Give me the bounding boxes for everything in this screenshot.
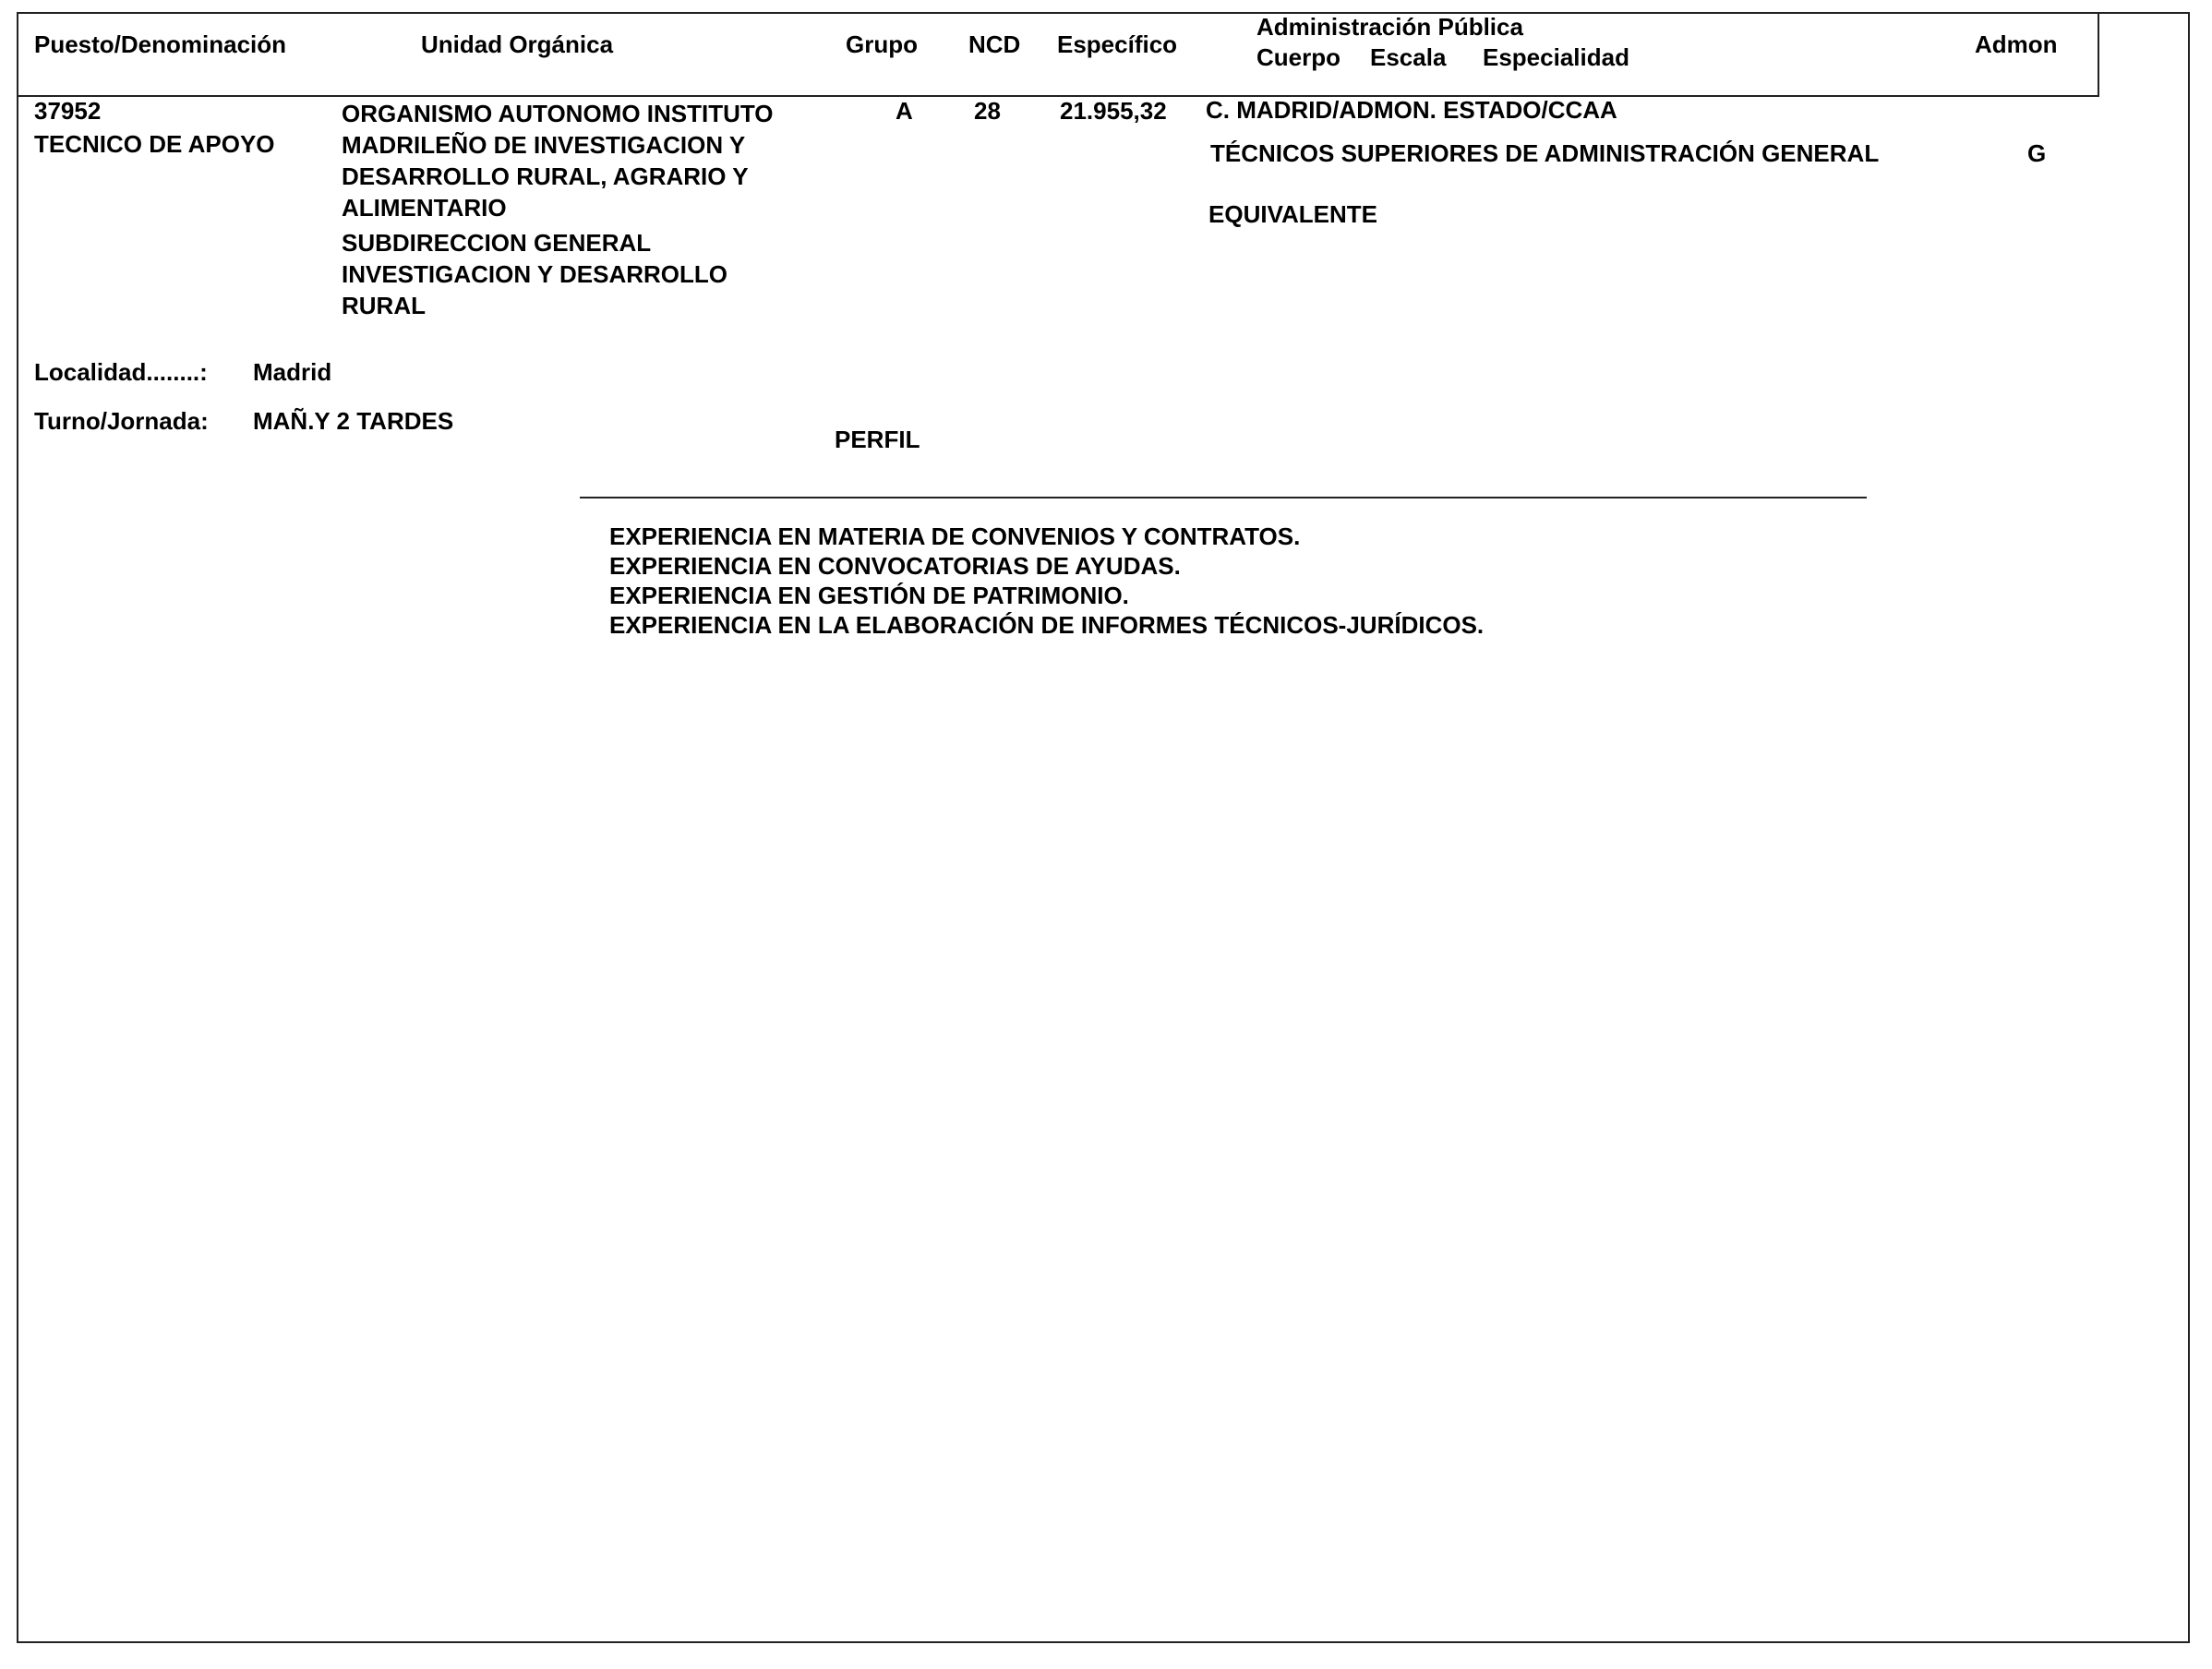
header-puesto: Puesto/Denominación bbox=[34, 30, 286, 58]
perfil-item: EXPERIENCIA EN CONVOCATORIAS DE AYUDAS. bbox=[609, 551, 1484, 581]
turno-label: Turno/Jornada: bbox=[34, 407, 209, 435]
perfil-item: EXPERIENCIA EN LA ELABORACIÓN DE INFORME… bbox=[609, 610, 1484, 640]
unidad-line: DESARROLLO RURAL, AGRARIO Y bbox=[342, 161, 774, 192]
puesto-codigo: 37952 bbox=[34, 97, 101, 125]
unidad-line: ORGANISMO AUTONOMO INSTITUTO bbox=[342, 98, 774, 129]
turno-value: MAÑ.Y 2 TARDES bbox=[253, 407, 453, 435]
subunidad-line: SUBDIRECCION GENERAL bbox=[342, 227, 774, 258]
perfil-item: EXPERIENCIA EN GESTIÓN DE PATRIMONIO. bbox=[609, 581, 1484, 610]
header-admon: Admon bbox=[1975, 30, 2058, 58]
especifico-value: 21.955,32 bbox=[1060, 97, 1167, 125]
header-ncd: NCD bbox=[968, 30, 1020, 58]
unidad-line: MADRILEÑO DE INVESTIGACION Y bbox=[342, 129, 774, 161]
perfil-title: PERFIL bbox=[835, 426, 920, 453]
header-especifico: Específico bbox=[1057, 30, 1177, 58]
unidad-organica: ORGANISMO AUTONOMO INSTITUTO MADRILEÑO D… bbox=[342, 98, 774, 321]
header-unidad: Unidad Orgánica bbox=[421, 30, 613, 58]
cuerpo-value: TÉCNICOS SUPERIORES DE ADMINISTRACIÓN GE… bbox=[1210, 139, 1879, 167]
administracion-value: C. MADRID/ADMON. ESTADO/CCAA bbox=[1206, 96, 1617, 124]
header-cuerpo: Cuerpo bbox=[1256, 43, 1340, 71]
unidad-line: ALIMENTARIO bbox=[342, 192, 774, 223]
header-escala: Escala bbox=[1370, 43, 1446, 71]
localidad-label: Localidad........: bbox=[34, 358, 208, 386]
perfil-item: EXPERIENCIA EN MATERIA DE CONVENIOS Y CO… bbox=[609, 522, 1484, 551]
escala-value: EQUIVALENTE bbox=[1208, 200, 1377, 228]
admon-value: G bbox=[2027, 139, 2046, 167]
subunidad-line: INVESTIGACION Y DESARROLLO bbox=[342, 258, 774, 290]
header-especialidad: Especialidad bbox=[1483, 43, 1629, 71]
localidad-value: Madrid bbox=[253, 358, 331, 386]
subunidad-line: RURAL bbox=[342, 290, 774, 321]
puesto-denominacion: TECNICO DE APOYO bbox=[34, 130, 275, 158]
grupo-value: A bbox=[896, 97, 913, 125]
perfil-divider bbox=[580, 497, 1867, 498]
ncd-value: 28 bbox=[974, 97, 1001, 125]
perfil-list: EXPERIENCIA EN MATERIA DE CONVENIOS Y CO… bbox=[609, 522, 1484, 640]
header-grupo: Grupo bbox=[846, 30, 918, 58]
header-administracion: Administración Pública bbox=[1256, 13, 1523, 41]
